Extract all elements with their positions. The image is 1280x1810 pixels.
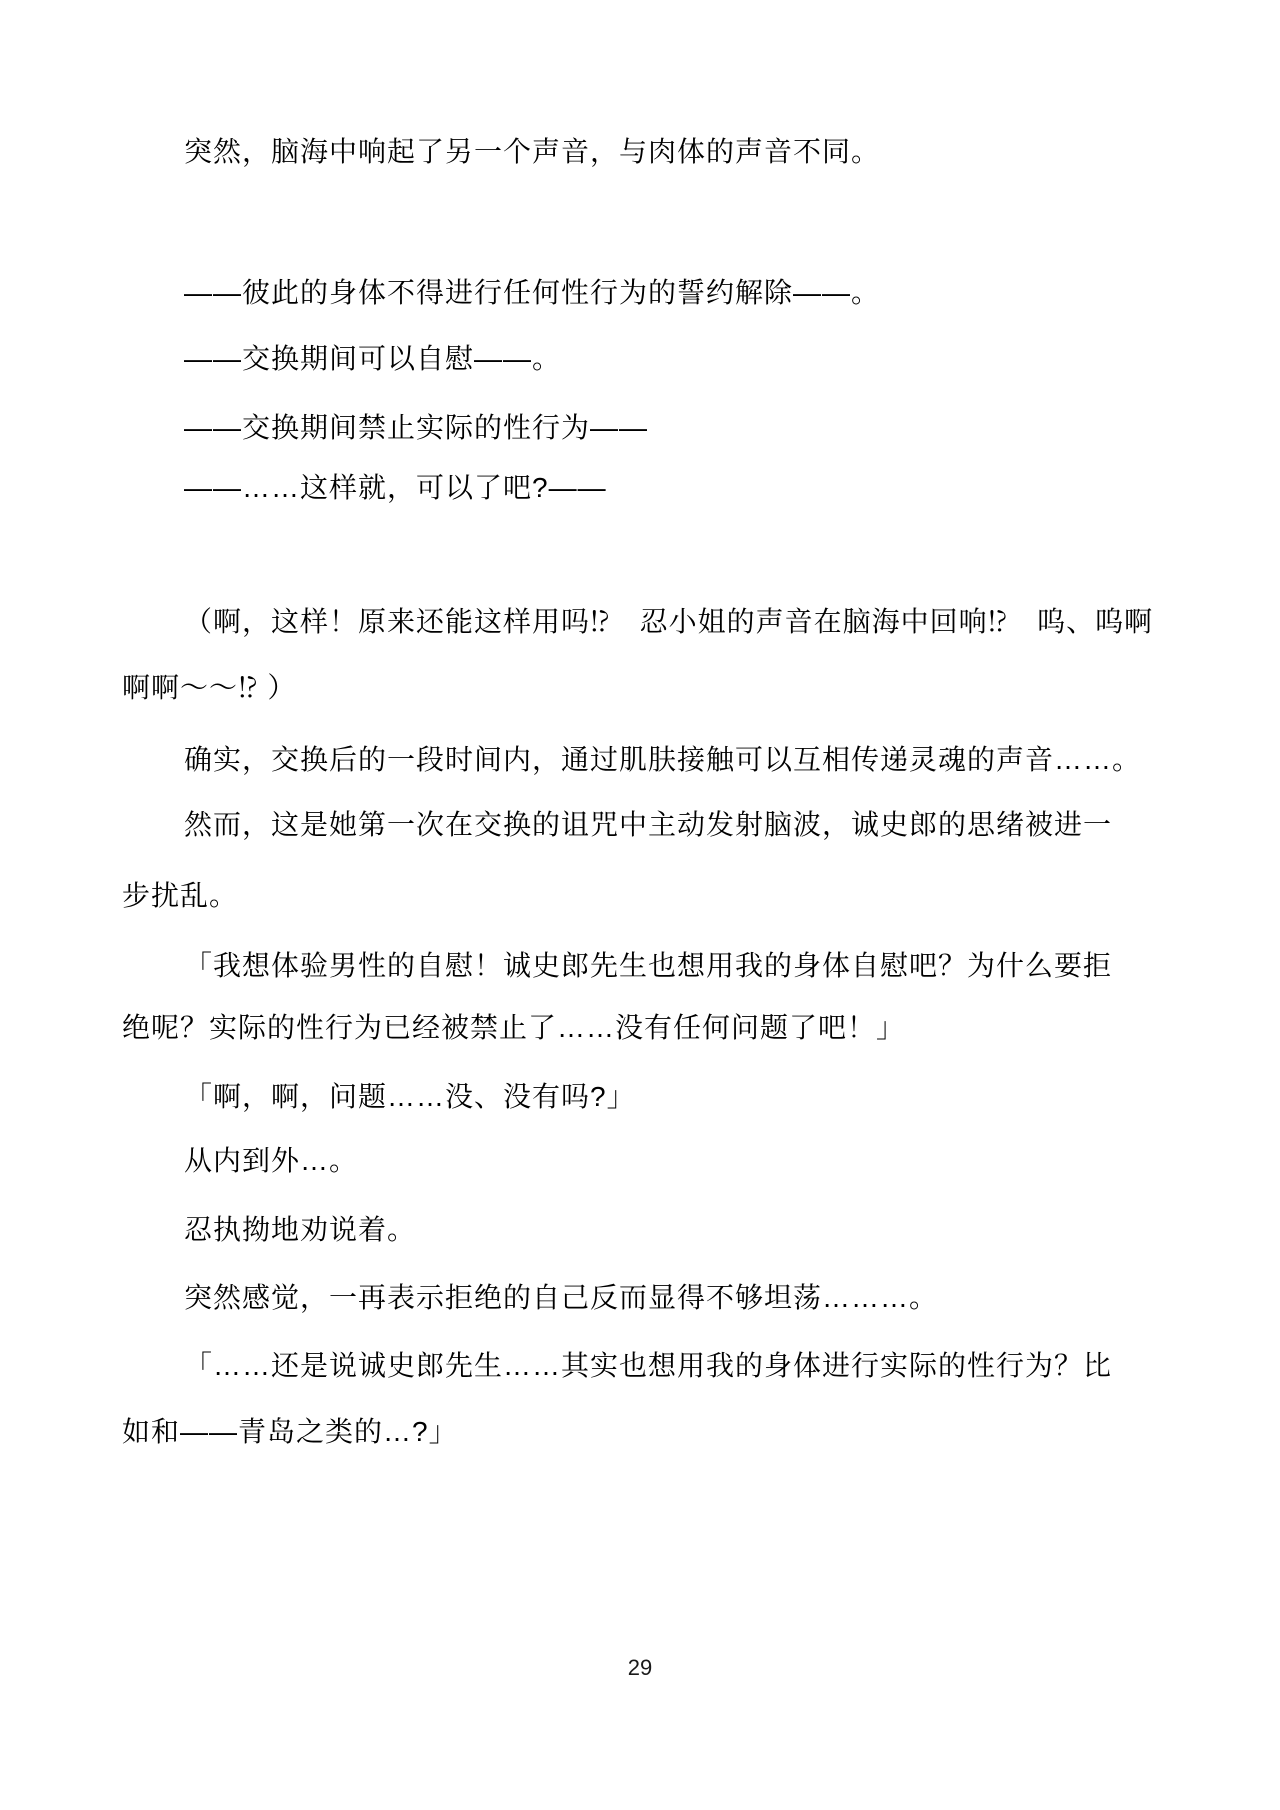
dialogue-line: 「我想体验男性的自慰！诚史郎先生也想用我的身体自慰吧？为什么要拒 <box>184 946 1112 986</box>
telepathy-line: ——交换期间禁止实际的性行为—— <box>184 408 648 448</box>
telepathy-line: ——交换期间可以自慰——。 <box>184 339 561 379</box>
paragraph-line: （啊，这样！原来还能这样用吗⁉ 忍小姐的声音在脑海中回响⁉ 呜、呜啊 <box>184 602 1153 642</box>
paragraph-line: 突然，脑海中响起了另一个声音，与肉体的声音不同。 <box>184 132 880 172</box>
dialogue-line: 「啊，啊，问题……没、没有吗?」 <box>184 1077 636 1117</box>
paragraph-line: 确实，交换后的一段时间内，通过肌肤接触可以互相传递灵魂的声音……。 <box>184 740 1141 780</box>
telepathy-line: ——……这样就，可以了吧?—— <box>184 468 607 508</box>
dialogue-line: 如和——青岛之类的…?」 <box>122 1412 458 1452</box>
paragraph-line: 从内到外…。 <box>184 1141 358 1181</box>
page-number: 29 <box>0 1655 1280 1681</box>
paragraph-line: 突然感觉，一再表示拒绝的自己反而显得不够坦荡………。 <box>184 1278 938 1318</box>
paragraph-line: 然而，这是她第一次在交换的诅咒中主动发射脑波，诚史郎的思绪被进一 <box>184 805 1112 845</box>
telepathy-line: ——彼此的身体不得进行任何性行为的誓约解除——。 <box>184 273 880 313</box>
dialogue-line: 绝呢？实际的性行为已经被禁止了……没有任何问题了吧！」 <box>122 1008 905 1048</box>
dialogue-line: 「……还是说诚史郎先生……其实也想用我的身体进行实际的性行为？比 <box>184 1346 1112 1386</box>
paragraph-line: 忍执拗地劝说着。 <box>184 1210 416 1250</box>
document-page: 突然，脑海中响起了另一个声音，与肉体的声音不同。 ——彼此的身体不得进行任何性行… <box>0 0 1280 1810</box>
paragraph-line: 啊啊～～⁉ ） <box>122 668 296 708</box>
paragraph-line: 步扰乱。 <box>122 876 238 916</box>
